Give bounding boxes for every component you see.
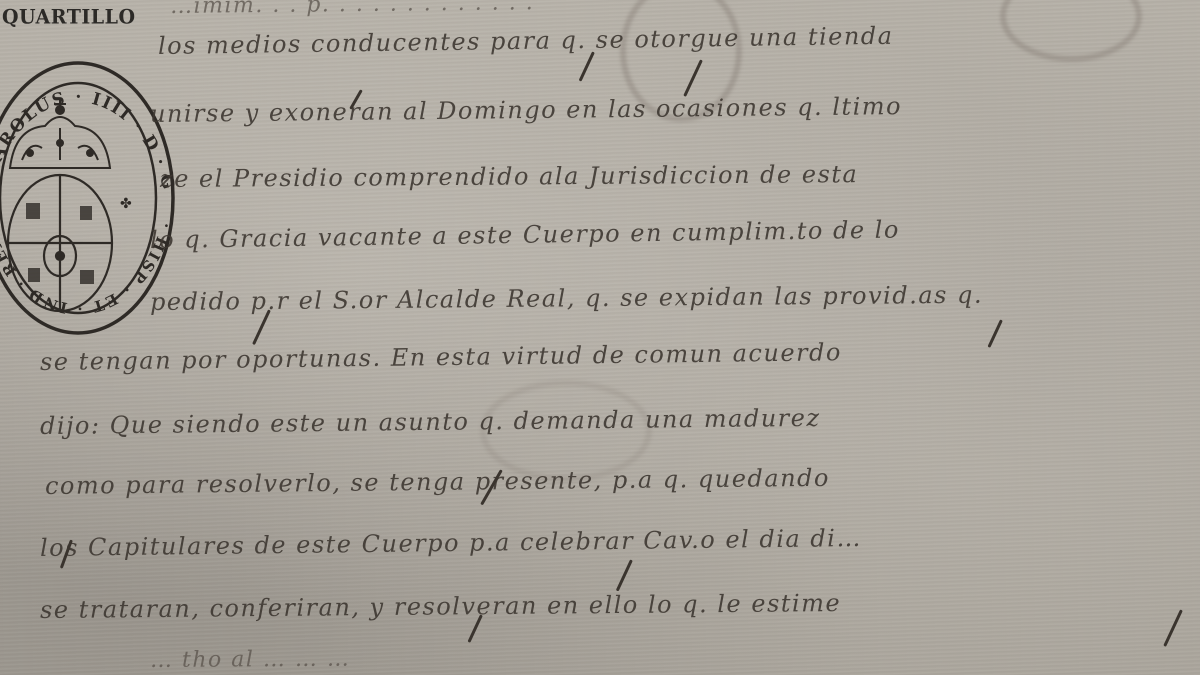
stamped-paper-header: QUARTILLO bbox=[2, 5, 136, 28]
ink-bleed-flourish bbox=[1000, 0, 1142, 62]
manuscript-line-12: … tho al … … … bbox=[150, 647, 351, 673]
ink-stroke bbox=[1163, 609, 1183, 647]
svg-text:CAROLUS · IIII · D · G ·: CAROLUS · IIII · D · G · bbox=[0, 48, 175, 201]
svg-text:· HISP · ET · IND · REX ·: · HISP · ET · IND · REX · bbox=[0, 220, 175, 318]
manuscript-line-10: los Capitulares de este Cuerpo p.a celeb… bbox=[40, 524, 862, 562]
manuscript-line-1: …imim. . . p. . . . . . . . . . . . . bbox=[170, 0, 534, 19]
manuscript-line-4: ze el Presidio comprendido ala Jurisdicc… bbox=[160, 160, 858, 193]
manuscript-line-5: lo q. Gracia vacante a este Cuerpo en cu… bbox=[150, 216, 900, 254]
manuscript-line-6: pedido p.r el S.or Alcalde Real, q. se e… bbox=[150, 281, 983, 316]
manuscript-line-9: como para resolverlo, se tenga presente,… bbox=[45, 464, 830, 500]
ink-stroke bbox=[579, 51, 595, 81]
svg-text:✤: ✤ bbox=[120, 196, 132, 212]
ink-stroke bbox=[616, 559, 633, 591]
manuscript-line-3: unirse y exoneran al Domingo en las ocas… bbox=[150, 92, 902, 128]
royal-seal-icon: CAROLUS · IIII · D · G · · HISP · ET · I… bbox=[0, 48, 175, 343]
manuscript-line-7: se tengan por oportunas. En esta virtud … bbox=[40, 338, 842, 376]
manuscript-page: QUARTILLO CAROLUS · IIII · D · G · · HIS… bbox=[0, 0, 1200, 675]
manuscript-line-2: los medios conducentes para q. se otorgu… bbox=[158, 22, 894, 60]
ink-stroke bbox=[987, 319, 1002, 347]
manuscript-line-11: se trataran, conferiran, y resolveran en… bbox=[40, 589, 841, 624]
manuscript-line-8: dijo: Que siendo este un asunto q. deman… bbox=[40, 404, 821, 440]
